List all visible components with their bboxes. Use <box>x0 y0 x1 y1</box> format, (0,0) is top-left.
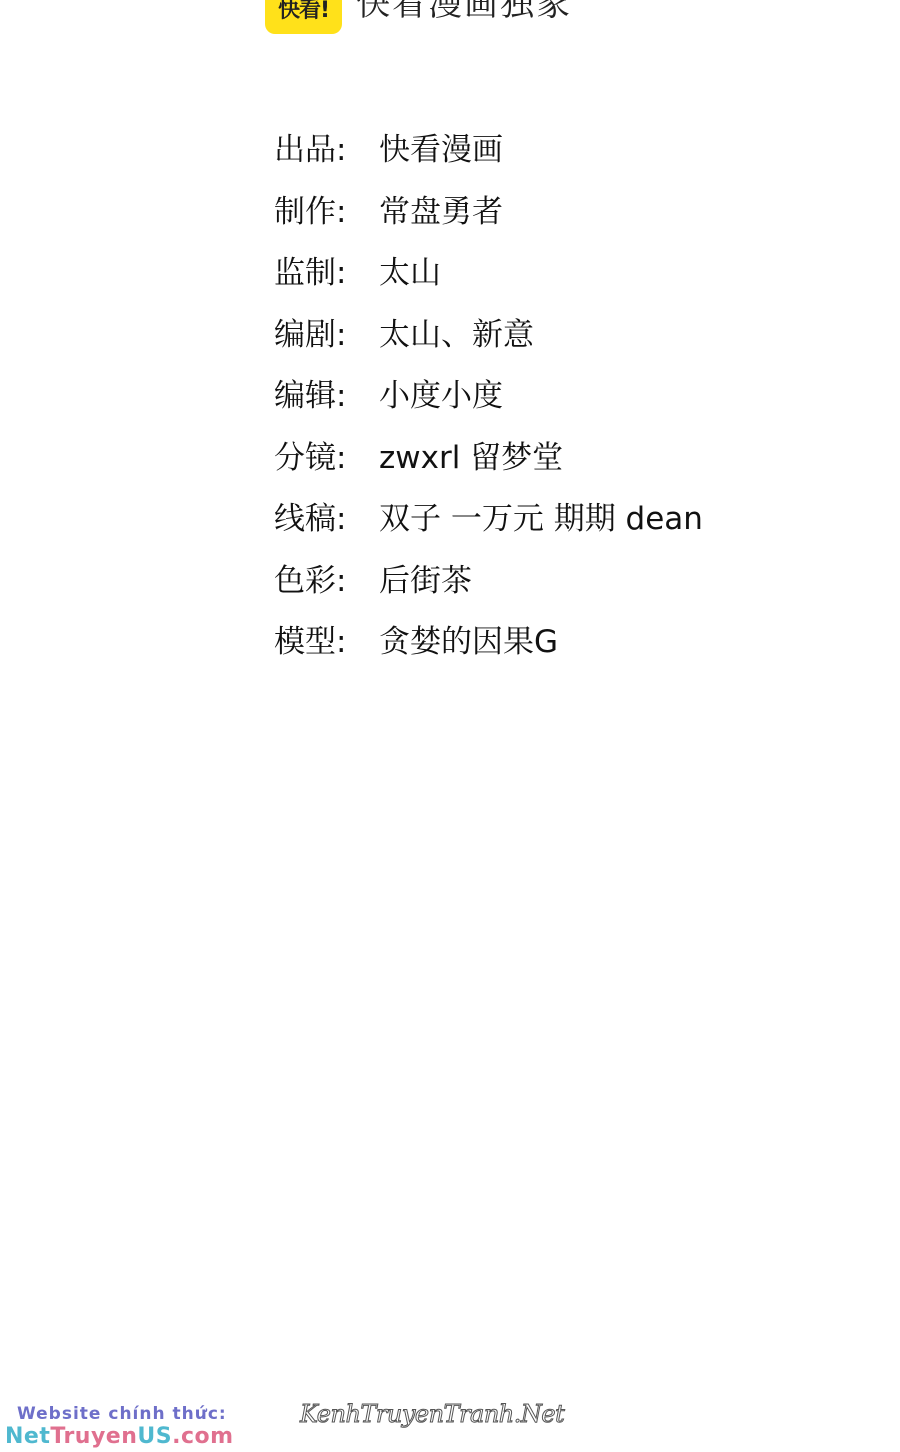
credit-label: 线稿: <box>274 504 379 535</box>
credit-label: 编剧: <box>274 320 379 351</box>
credit-value: 小度小度 <box>379 381 503 412</box>
credit-label: 制作: <box>274 197 379 228</box>
credit-label: 模型: <box>274 627 379 658</box>
watermark-site-name: NetTruyenUS.com <box>5 1424 234 1450</box>
credit-row-producer: 出品: 快看漫画 <box>274 120 703 182</box>
site-name-part: Truyen <box>50 1424 137 1449</box>
credit-row-editor: 编辑: 小度小度 <box>274 366 703 428</box>
site-name-part: .com <box>172 1424 233 1449</box>
credit-row-storyboard: 分镜: zwxrl 留梦堂 <box>274 428 703 490</box>
credit-value: 后街茶 <box>379 566 472 597</box>
credit-value: 双子 一万元 期期 dean <box>379 504 703 535</box>
site-name-part: US <box>137 1424 172 1449</box>
credit-row-lineart: 线稿: 双子 一万元 期期 dean <box>274 489 703 551</box>
credit-label: 分镜: <box>274 443 379 474</box>
kuaikan-logo-badge: 快看! <box>265 0 342 34</box>
credit-row-model: 模型: 贪婪的因果G <box>274 612 703 674</box>
watermark-script-logo: KenhTruyenTranh.Net <box>300 1400 564 1428</box>
site-name-part: Net <box>5 1424 50 1449</box>
credit-value: 太山、新意 <box>379 320 534 351</box>
watermark-site-label: Website chính thức: <box>5 1404 234 1424</box>
credit-value: 贪婪的因果G <box>379 627 558 658</box>
logo-title: 快看漫画独家 <box>356 0 572 25</box>
credit-row-color: 色彩: 后街茶 <box>274 551 703 613</box>
logo-badge-text: 快看! <box>278 0 329 22</box>
credit-label: 色彩: <box>274 566 379 597</box>
credit-value: 太山 <box>379 258 441 289</box>
credit-value: 常盘勇者 <box>379 197 503 228</box>
credit-value: 快看漫画 <box>379 135 503 166</box>
credit-value: zwxrl 留梦堂 <box>379 443 563 474</box>
credit-row-supervisor: 监制: 太山 <box>274 243 703 305</box>
watermark-official-site: Website chính thức: NetTruyenUS.com <box>5 1404 234 1450</box>
credit-label: 监制: <box>274 258 379 289</box>
credit-label: 编辑: <box>274 381 379 412</box>
credit-row-screenwriter: 编剧: 太山、新意 <box>274 305 703 367</box>
credit-label: 出品: <box>274 135 379 166</box>
credit-row-production: 制作: 常盘勇者 <box>274 182 703 244</box>
credits-list: 出品: 快看漫画 制作: 常盘勇者 监制: 太山 编剧: 太山、新意 编辑: 小… <box>274 120 703 674</box>
